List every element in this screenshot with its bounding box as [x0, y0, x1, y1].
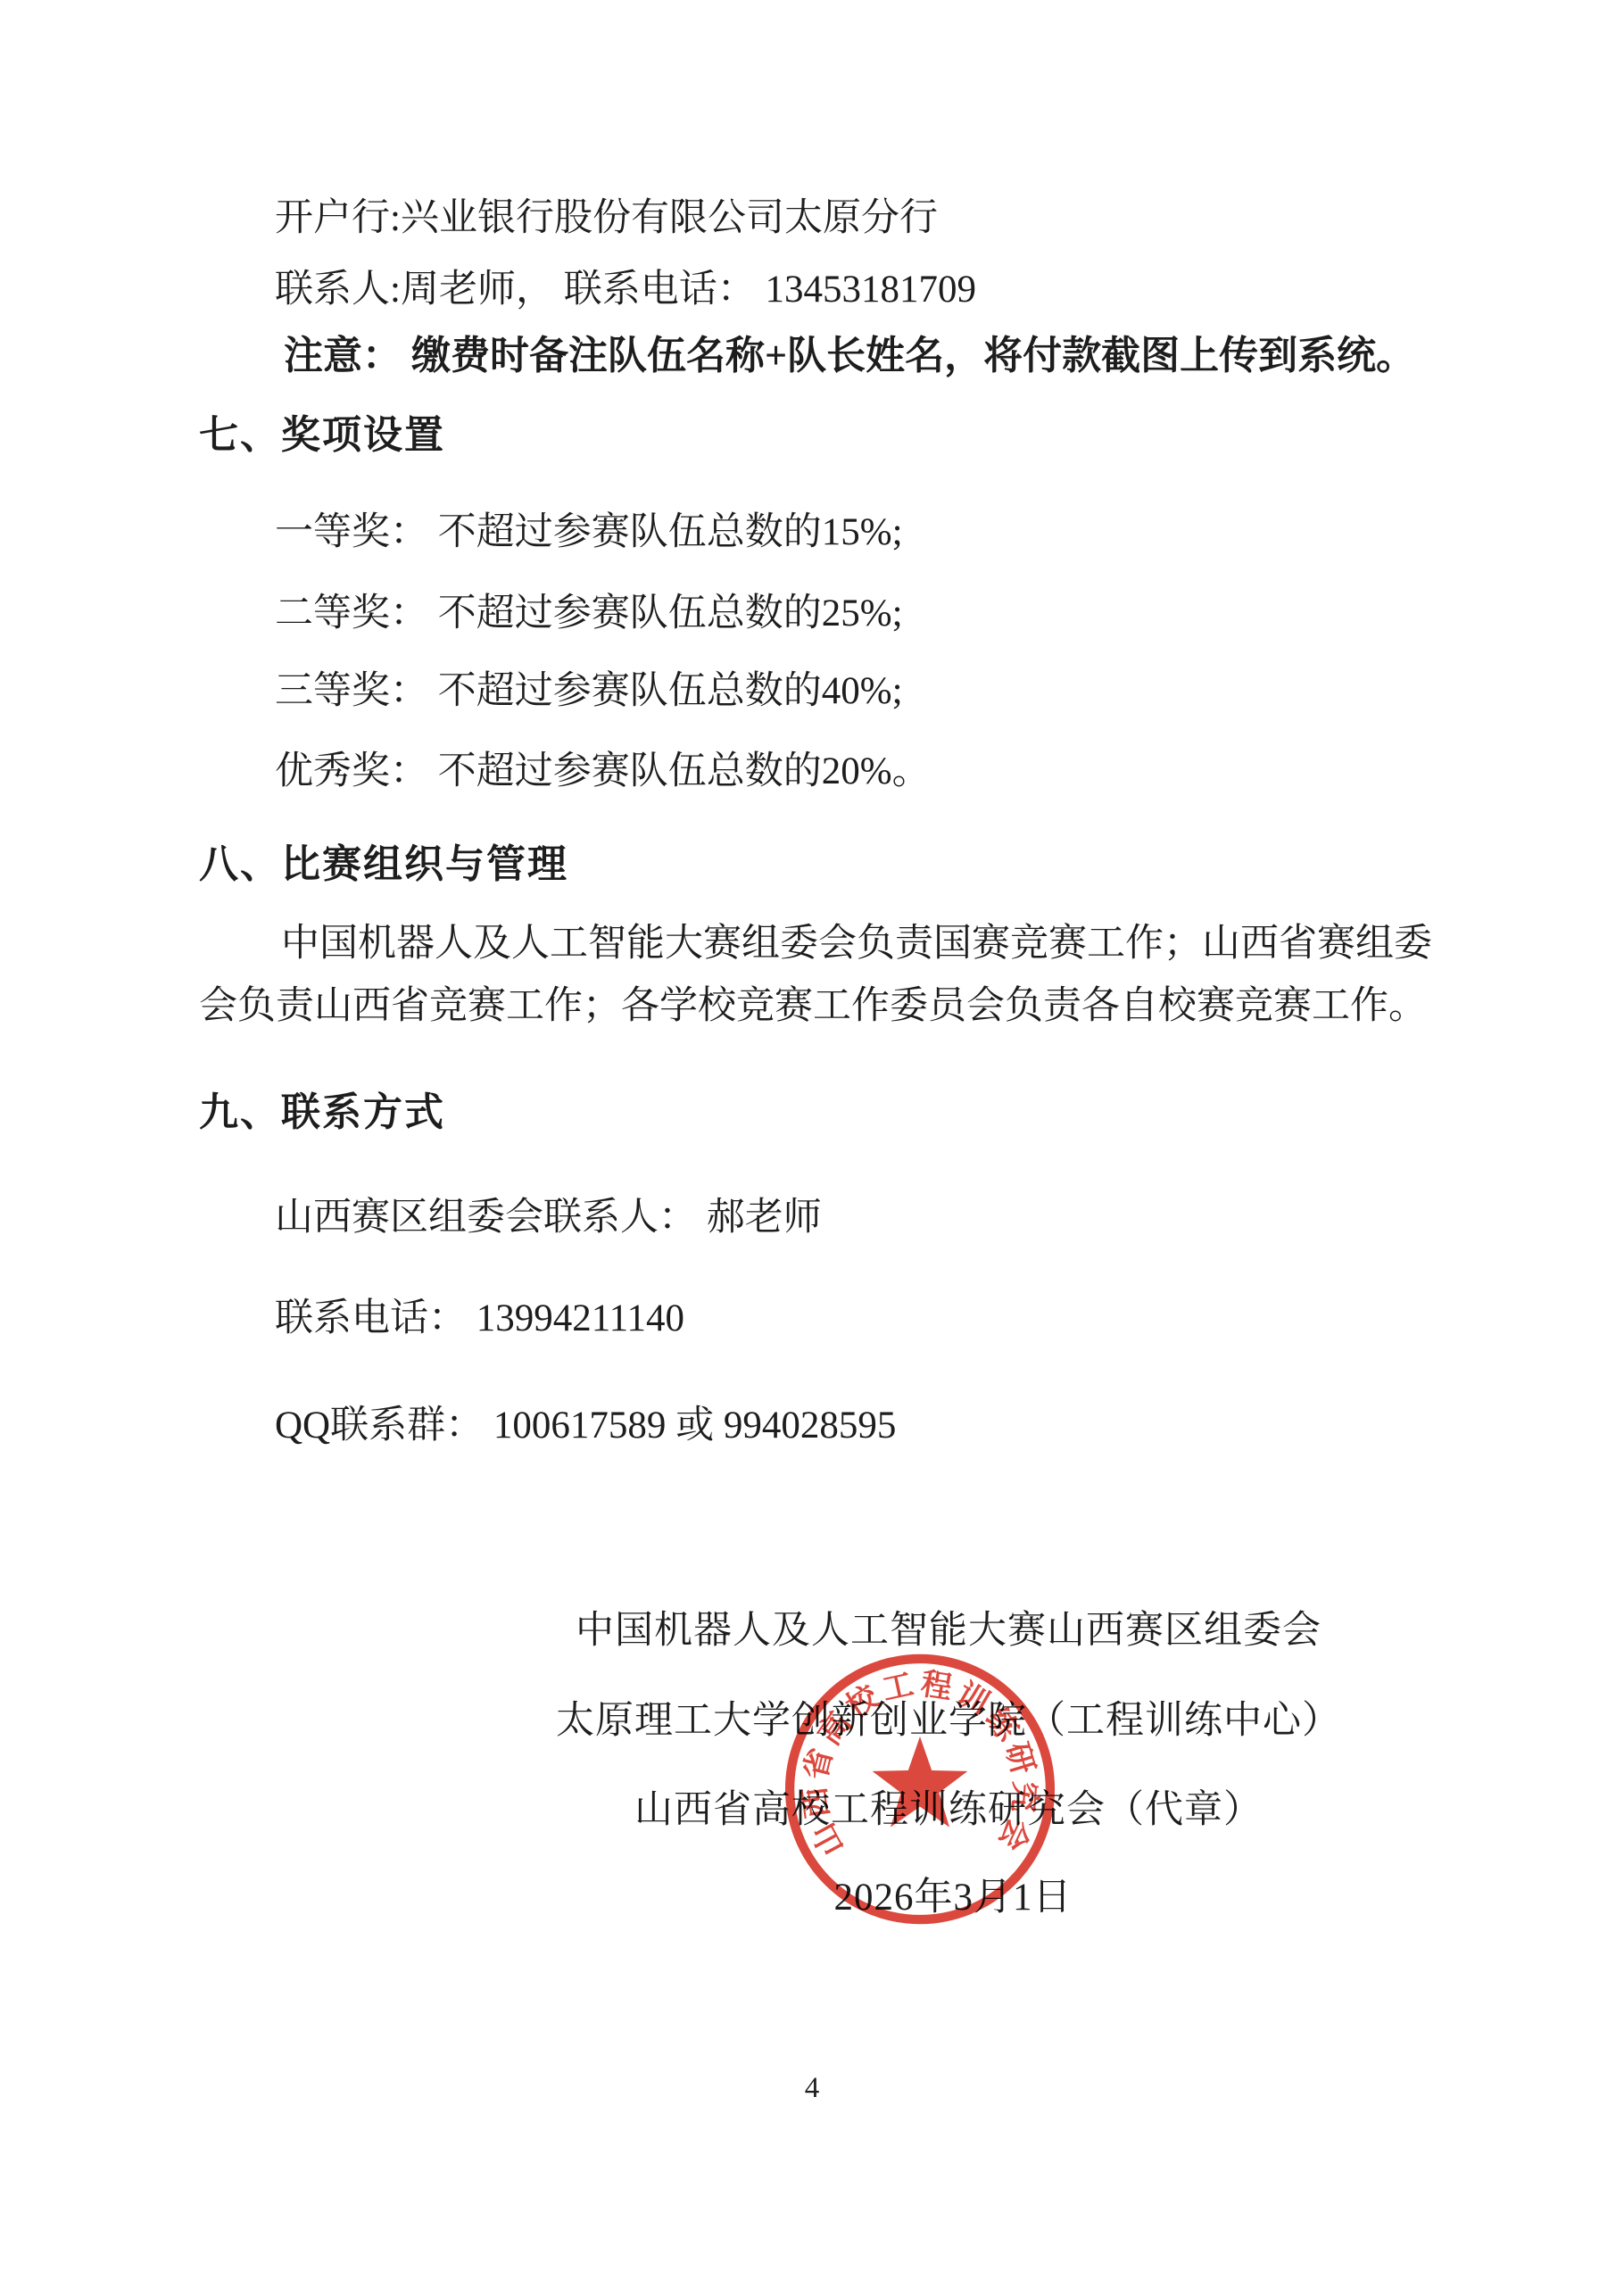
- contact-qq-line: QQ联系群： 100617589 或 994028595: [275, 1404, 896, 1447]
- bank-account-line: 开户行:兴业银行股份有限公司太原分行: [275, 196, 938, 240]
- award-item-second-prize: 二等奖： 不超过参赛队伍总数的25%;: [275, 592, 903, 635]
- award-item-excellence-prize: 优秀奖： 不超过参赛队伍总数的20%。: [275, 750, 931, 793]
- section-9-contact-heading: 九、联系方式: [199, 1090, 445, 1136]
- document-page: 开户行:兴业银行股份有限公司太原分行 联系人:周老师， 联系电话： 134531…: [0, 0, 1624, 2296]
- contact-person-line: 山西赛区组委会联系人： 郝老师: [275, 1196, 822, 1239]
- payment-notice-line: 注意： 缴费时备注队伍名称+队长姓名，将付款截图上传到系统。: [284, 334, 1415, 379]
- organization-paragraph-line-2: 会负责山西省竞赛工作；各学校竞赛工作委员会负责各自校赛竞赛工作。: [199, 984, 1427, 1028]
- organization-paragraph-line-1: 中国机器人及人工智能大赛组委会负责国赛竞赛工作；山西省赛组委: [281, 922, 1432, 966]
- section-8-organization-heading: 八、比赛组织与管理: [199, 842, 568, 888]
- page-number: 4: [805, 2072, 820, 2105]
- section-7-awards-heading: 七、奖项设置: [199, 413, 445, 459]
- bank-contact-line: 联系人:周老师， 联系电话： 13453181709: [275, 268, 976, 311]
- stamp-star-icon: [873, 1737, 968, 1828]
- contact-phone-line: 联系电话： 13994211140: [275, 1297, 684, 1340]
- award-item-third-prize: 三等奖： 不超过参赛队伍总数的40%;: [275, 669, 903, 713]
- award-item-first-prize: 一等奖： 不超过参赛队伍总数的15%;: [275, 510, 903, 554]
- official-seal-stamp: 山西省高校工程训练研究会: [778, 1645, 1062, 1934]
